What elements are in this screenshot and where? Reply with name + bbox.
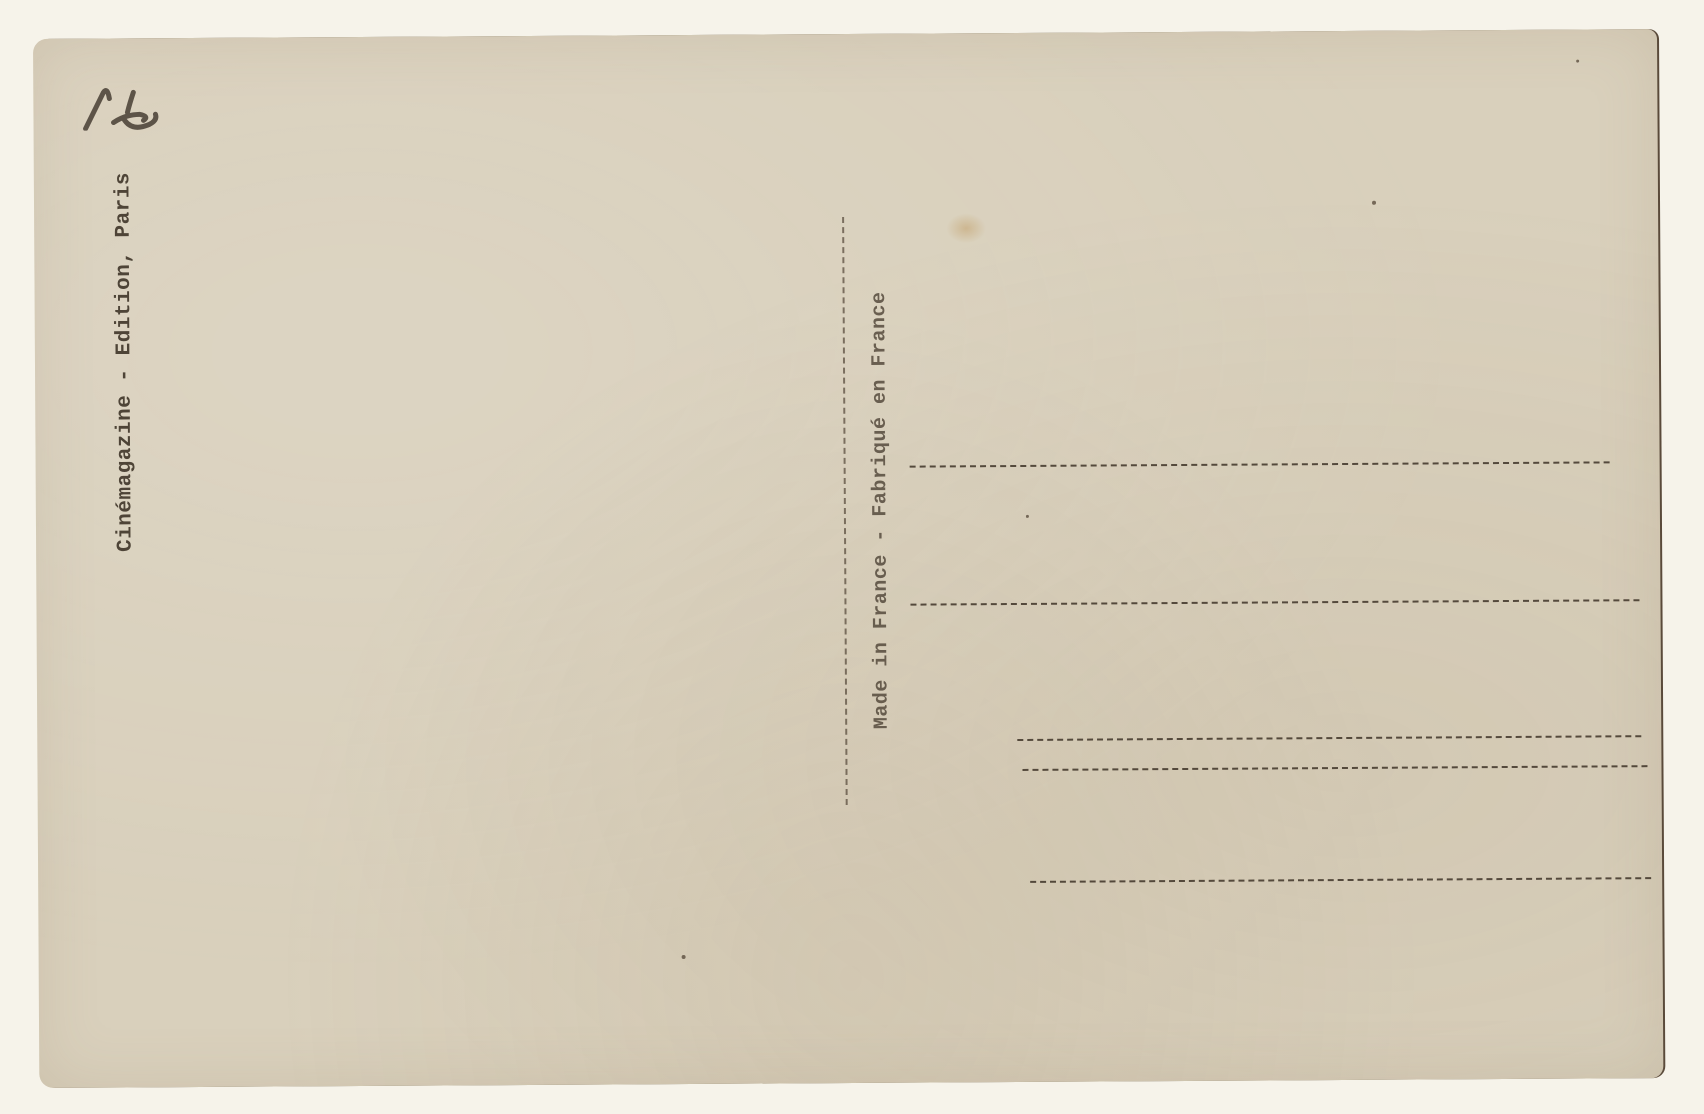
speck xyxy=(1372,201,1376,205)
stain-mark xyxy=(946,213,986,243)
address-line-5 xyxy=(1030,877,1651,883)
handwritten-number xyxy=(65,70,165,131)
center-divider xyxy=(842,217,848,805)
publisher-imprint: Cinémagazine - Edition, Paris xyxy=(112,180,137,552)
origin-imprint: Made in France - Fabriqué en France xyxy=(868,245,894,775)
address-line-1 xyxy=(910,461,1610,467)
speck xyxy=(1576,60,1579,63)
address-line-4 xyxy=(1022,765,1647,771)
address-line-2 xyxy=(910,599,1639,605)
speck xyxy=(682,955,686,959)
postcard-back: Cinémagazine - Edition, Paris Made in Fr… xyxy=(33,29,1663,1088)
address-line-3 xyxy=(1017,735,1641,741)
speck xyxy=(1026,515,1029,518)
